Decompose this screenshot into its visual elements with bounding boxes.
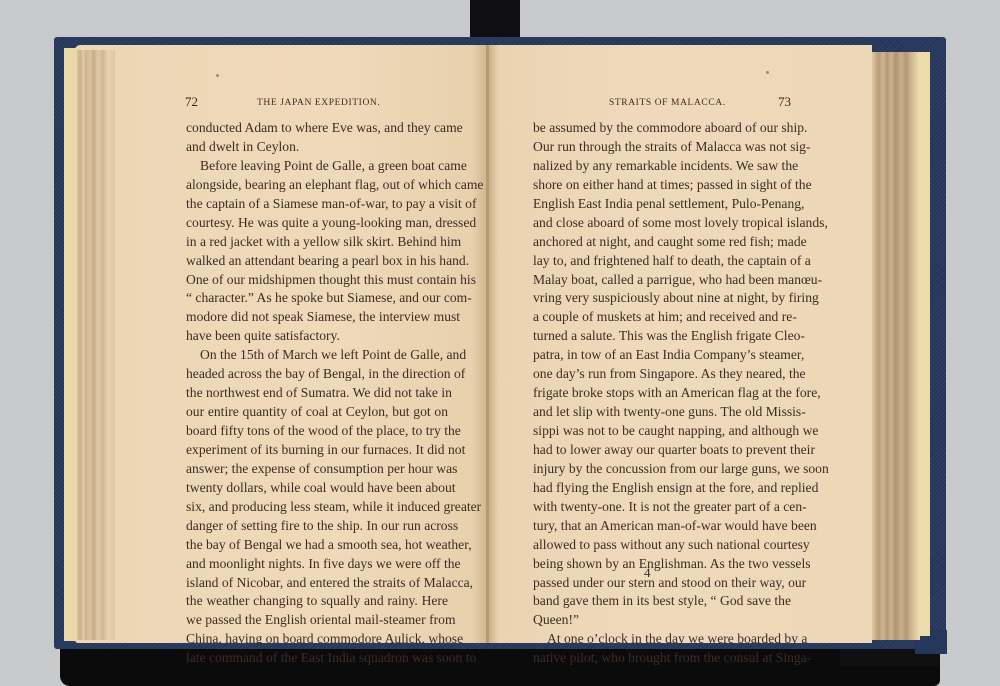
text-line: answer; the expense of consumption per h… <box>186 460 448 479</box>
text-line: Malay boat, called a parrigue, who had b… <box>533 271 791 290</box>
text-line: had to lower away our quarter boats to p… <box>533 441 791 460</box>
text-line: One of our midshipmen thought this must … <box>186 271 448 290</box>
text-line: we passed the English oriental mail-stea… <box>186 611 448 630</box>
text-line: allowed to pass without any such nationa… <box>533 536 791 555</box>
text-line: “ character.” As he spoke but Siamese, a… <box>186 289 448 308</box>
text-line: late command of the East India squadron … <box>186 649 448 668</box>
right-page: STRAITS OF MALACCA. 73 be assumed by the… <box>487 45 872 643</box>
text-line: nalized by any remarkable incidents. We … <box>533 157 791 176</box>
left-page: 72 THE JAPAN EXPEDITION. conducted Adam … <box>115 45 487 643</box>
text-line: the captain of a Siamese man-of-war, to … <box>186 195 448 214</box>
text-line: courtesy. He was quite a young-looking m… <box>186 214 448 233</box>
text-line: twenty dollars, while coal would have be… <box>186 479 448 498</box>
text-line: conducted Adam to where Eve was, and the… <box>186 119 448 138</box>
text-line: At one o’clock in the day we were boarde… <box>533 630 791 649</box>
text-line: turned a salute. This was the English fr… <box>533 327 791 346</box>
text-line: and moonlight nights. In five days we we… <box>186 555 448 574</box>
text-line: headed across the bay of Bengal, in the … <box>186 365 448 384</box>
text-line: Queen!” <box>533 611 791 630</box>
text-line: with twenty-one. It is not the greater p… <box>533 498 791 517</box>
text-line: six, and producing less steam, while it … <box>186 498 448 517</box>
text-line: passed under our stern and stood on thei… <box>533 574 791 593</box>
text-line: modore did not speak Siamese, the interv… <box>186 308 448 327</box>
text-line: the northwest end of Sumatra. We did not… <box>186 384 448 403</box>
paper-speck <box>216 74 219 77</box>
text-line: Our run through the straits of Malacca w… <box>533 138 791 157</box>
text-line: and dwelt in Ceylon. <box>186 138 448 157</box>
paper-speck <box>766 71 769 74</box>
text-line: the weather changing to squally and rain… <box>186 592 448 611</box>
body-text: be assumed by the commodore aboard of ou… <box>533 119 791 668</box>
signature-mark: 4 <box>644 565 651 581</box>
text-line: band gave them in its best style, “ God … <box>533 592 791 611</box>
text-line: walked an attendant bearing a pearl box … <box>186 252 448 271</box>
right-page-stack <box>872 52 920 640</box>
running-head: STRAITS OF MALACCA. <box>609 98 726 108</box>
text-line: frigate broke stops with an American fla… <box>533 384 791 403</box>
text-line: be assumed by the commodore aboard of ou… <box>533 119 791 138</box>
text-line: China, having on board commodore Aulick,… <box>186 630 448 649</box>
text-line: tury, that an American man-of-war would … <box>533 517 791 536</box>
scan-background: 72 THE JAPAN EXPEDITION. conducted Adam … <box>0 0 1000 686</box>
text-line: and let slip with twenty-one guns. The o… <box>533 403 791 422</box>
text-line: being shown by an Englishman. As the two… <box>533 555 791 574</box>
text-line: and close aboard of some most lovely tro… <box>533 214 791 233</box>
body-text: conducted Adam to where Eve was, and the… <box>186 119 448 668</box>
text-line: vring very suspiciously about nine at ni… <box>533 289 791 308</box>
page-number: 73 <box>778 94 791 110</box>
text-line: have been quite satisfactory. <box>186 327 448 346</box>
text-line: sippi was not to be caught napping, and … <box>533 422 791 441</box>
text-line: shore on either hand at times; passed in… <box>533 176 791 195</box>
text-line: in a red jacket with a yellow silk skirt… <box>186 233 448 252</box>
text-line: lay to, and frightened half to death, th… <box>533 252 791 271</box>
text-line: native pilot, who brought from the consu… <box>533 649 791 668</box>
text-line: anchored at night, and caught some red f… <box>533 233 791 252</box>
text-line: alongside, bearing an elephant flag, out… <box>186 176 448 195</box>
text-line: island of Nicobar, and entered the strai… <box>186 574 448 593</box>
page-number: 72 <box>185 94 198 110</box>
text-line: Before leaving Point de Galle, a green b… <box>186 157 448 176</box>
text-line: our entire quantity of coal at Ceylon, b… <box>186 403 448 422</box>
text-line: experiment of its burning in our furnace… <box>186 441 448 460</box>
text-line: English East India penal settlement, Pul… <box>533 195 791 214</box>
text-line: board fifty tons of the wood of the plac… <box>186 422 448 441</box>
text-line: On the 15th of March we left Point de Ga… <box>186 346 448 365</box>
text-line: a couple of muskets at him; and received… <box>533 308 791 327</box>
text-line: injury by the concussion from our large … <box>533 460 791 479</box>
text-line: patra, in tow of an East India Company’s… <box>533 346 791 365</box>
right-endpaper <box>918 52 930 636</box>
text-line: the bay of Bengal we had a smooth sea, h… <box>186 536 448 555</box>
book-gutter <box>486 45 489 643</box>
text-line: danger of setting fire to the ship. In o… <box>186 517 448 536</box>
left-page-stack <box>77 50 115 640</box>
text-line: one day’s run from Singapore. As they ne… <box>533 365 791 384</box>
running-head: THE JAPAN EXPEDITION. <box>257 98 380 108</box>
text-line: had flying the English ensign at the for… <box>533 479 791 498</box>
book-strap <box>470 0 520 42</box>
